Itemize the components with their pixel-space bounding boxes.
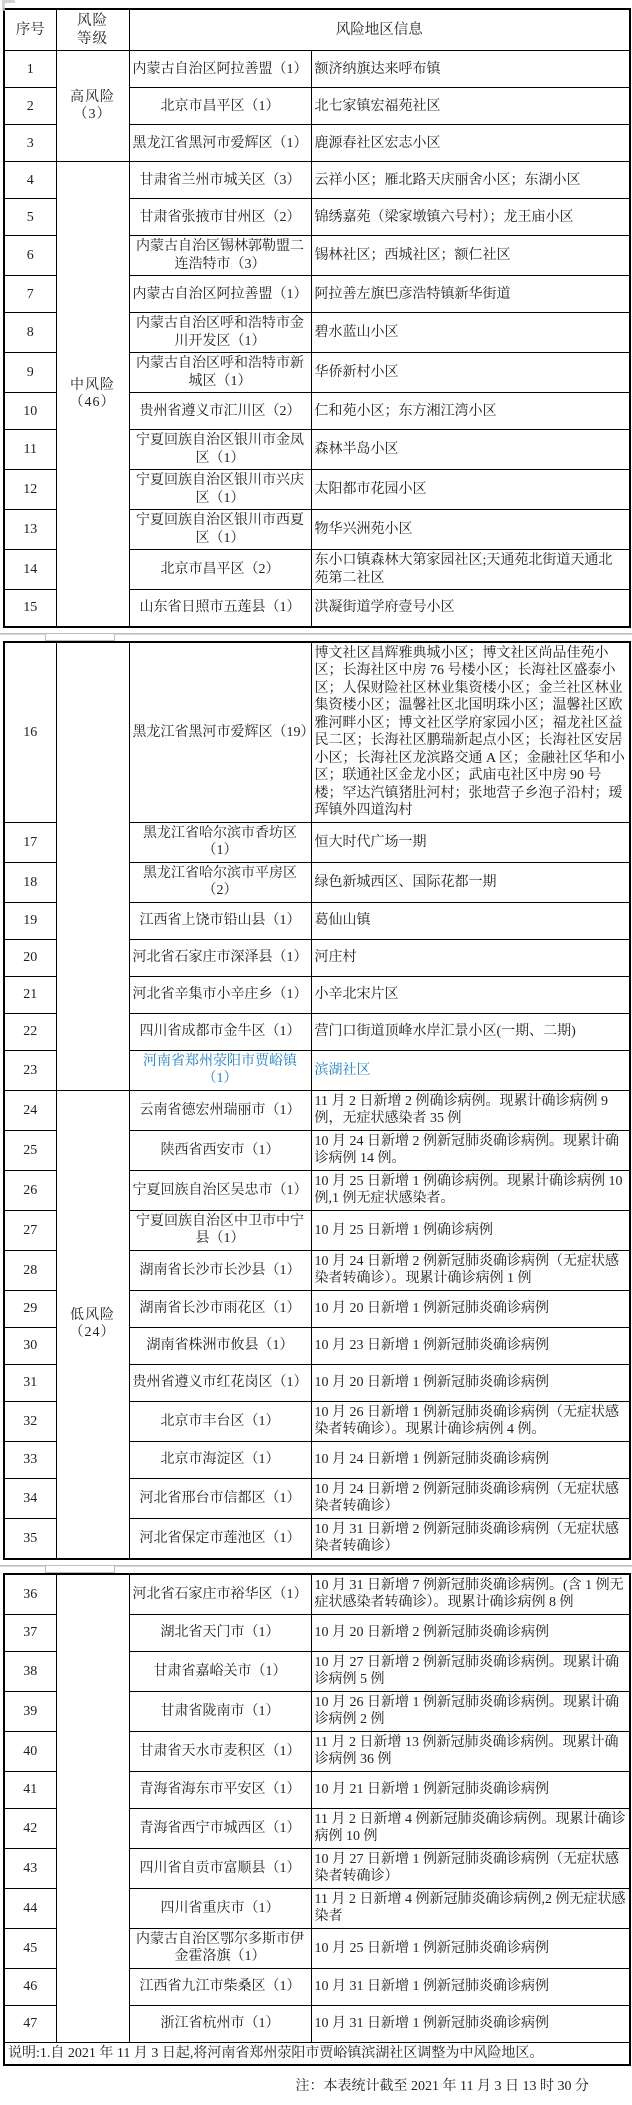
info-cell: 10 月 20 日新增 1 例新冠肺炎确诊病例 xyxy=(311,1364,630,1401)
info-cell: 10 月 21 日新增 1 例新冠肺炎确诊病例 xyxy=(311,1771,630,1808)
page-break-notch xyxy=(45,1566,115,1573)
region-cell: 河北省保定市莲池区（1） xyxy=(129,1518,311,1559)
info-cell: 10 月 24 日新增 1 例新冠肺炎确诊病例 xyxy=(311,1441,630,1478)
row-number-cell: 25 xyxy=(4,1130,56,1170)
row-number-cell: 24 xyxy=(4,1090,56,1130)
info-cell: 华侨新村小区 xyxy=(311,353,630,393)
document-page: 序号 风险 等级 风险地区信息 1高风险 （3）内蒙古自治区阿拉善盟（1）额济纳… xyxy=(0,0,632,2105)
region-cell: 江西省上饶市铅山县（1） xyxy=(129,902,311,939)
region-cell: 北京市丰台区（1） xyxy=(129,1401,311,1441)
page-corner-mark xyxy=(2,0,15,11)
info-cell: 森林半岛小区 xyxy=(311,430,630,470)
region-cell: 贵州省遵义市汇川区（2） xyxy=(129,393,311,430)
region-cell: 青海省海东市平安区（1） xyxy=(129,1771,311,1808)
info-cell: 额济纳旗达来呼布镇 xyxy=(311,51,630,88)
region-cell: 北京市昌平区（2） xyxy=(129,550,311,590)
info-cell: 物华兴洲苑小区 xyxy=(311,510,630,550)
row-number-cell: 14 xyxy=(4,550,56,590)
region-cell: 宁夏回族自治区银川市西夏区（1） xyxy=(129,510,311,550)
info-cell: 10 月 27 日新增 1 例新冠肺炎确诊病例（无症状感染者转确诊） xyxy=(311,1848,630,1888)
table-row: 16黑龙江省黑河市爱辉区（19）博文社区昌辉雅典城小区；博文社区尚品佳苑小区；长… xyxy=(4,642,630,823)
row-number-cell: 3 xyxy=(4,125,56,162)
info-cell: 10 月 20 日新增 1 例新冠肺炎确诊病例 xyxy=(311,1290,630,1327)
explanation-text: 说明:1.自 2021 年 11 月 3 日起,将河南省郑州荥阳市贾峪镇滨湖社区… xyxy=(4,2042,630,2065)
info-cell: 10 月 27 日新增 2 例新冠肺炎确诊病例。现累计确诊病例 5 例 xyxy=(311,1651,630,1691)
row-number-cell: 10 xyxy=(4,393,56,430)
row-number-cell: 23 xyxy=(4,1050,56,1090)
region-cell: 浙江省杭州市（1） xyxy=(129,2005,311,2042)
row-number-cell: 17 xyxy=(4,822,56,862)
info-cell: 10 月 31 日新增 7 例新冠肺炎确诊病例。(含 1 例无症状感染者转确诊）… xyxy=(311,1574,630,1615)
region-cell: 河北省石家庄市深泽县（1） xyxy=(129,939,311,976)
info-cell: 10 月 25 日新增 1 例新冠肺炎确诊病例 xyxy=(311,1928,630,1968)
table-body-page-1: 1高风险 （3）内蒙古自治区阿拉善盟（1）额济纳旗达来呼布镇2北京市昌平区（1）… xyxy=(4,51,630,627)
row-number-cell: 31 xyxy=(4,1364,56,1401)
page-break-notch xyxy=(45,634,115,641)
info-cell: 10 月 26 日新增 1 例新冠肺炎确诊病例（无症状感染者转确诊）。现累计确诊… xyxy=(311,1401,630,1441)
risk-level-cell xyxy=(56,1574,129,2043)
info-cell: 10 月 23 日新增 1 例新冠肺炎确诊病例 xyxy=(311,1327,630,1364)
info-cell: 10 月 25 日新增 1 例确诊病例 xyxy=(311,1210,630,1250)
region-cell: 甘肃省嘉峪关市（1） xyxy=(129,1651,311,1691)
row-number-cell: 8 xyxy=(4,313,56,353)
region-cell: 河北省辛集市小辛庄乡（1） xyxy=(129,976,311,1013)
info-cell: 葛仙山镇 xyxy=(311,902,630,939)
row-number-cell: 36 xyxy=(4,1574,56,1615)
header-risk-level: 风险 等级 xyxy=(56,9,129,51)
table-row: 1高风险 （3）内蒙古自治区阿拉善盟（1）额济纳旗达来呼布镇 xyxy=(4,51,630,88)
region-cell: 宁夏回族自治区吴忠市（1） xyxy=(129,1170,311,1210)
region-cell: 陕西省西安市（1） xyxy=(129,1130,311,1170)
row-number-cell: 42 xyxy=(4,1808,56,1848)
info-cell: 北七家镇宏福苑社区 xyxy=(311,88,630,125)
region-cell: 黑龙江省哈尔滨市平房区（2） xyxy=(129,862,311,902)
region-cell: 云南省德宏州瑞丽市（1） xyxy=(129,1090,311,1130)
row-number-cell: 21 xyxy=(4,976,56,1013)
region-cell: 河北省邢台市信都区（1） xyxy=(129,1478,311,1518)
region-cell: 北京市昌平区（1） xyxy=(129,88,311,125)
region-cell: 河南省郑州荥阳市贾峪镇（1） xyxy=(129,1050,311,1090)
info-cell: 11 月 2 日新增 4 例新冠肺炎确诊病例,2 例无症状感染者 xyxy=(311,1888,630,1928)
info-cell: 10 月 24 日新增 2 例新冠肺炎确诊病例（无症状感染者转确诊） xyxy=(311,1478,630,1518)
table-body-page-2: 16黑龙江省黑河市爱辉区（19）博文社区昌辉雅典城小区；博文社区尚品佳苑小区；长… xyxy=(4,642,630,1559)
row-number-cell: 4 xyxy=(4,162,56,199)
row-number-cell: 12 xyxy=(4,470,56,510)
info-cell: 阿拉善左旗巴彦浩特镇新华街道 xyxy=(311,276,630,313)
info-cell: 锦绣嘉苑（梁家墩镇六号村）；龙王庙小区 xyxy=(311,199,630,236)
info-cell: 10 月 31 日新增 1 例新冠肺炎确诊病例 xyxy=(311,2005,630,2042)
region-cell: 四川省自贡市富顺县（1） xyxy=(129,1848,311,1888)
row-number-cell: 30 xyxy=(4,1327,56,1364)
row-number-cell: 35 xyxy=(4,1518,56,1559)
row-number-cell: 16 xyxy=(4,642,56,823)
region-cell: 甘肃省兰州市城关区（3） xyxy=(129,162,311,199)
risk-level-cell: 中风险 （46） xyxy=(56,162,129,627)
region-cell: 山东省日照市五莲县（1） xyxy=(129,590,311,627)
region-cell: 河北省石家庄市裕华区（1） xyxy=(129,1574,311,1615)
region-cell: 四川省成都市金牛区（1） xyxy=(129,1013,311,1050)
row-number-cell: 29 xyxy=(4,1290,56,1327)
region-cell: 内蒙古自治区呼和浩特市金川开发区（1） xyxy=(129,313,311,353)
page-break-divider xyxy=(0,1560,632,1573)
row-number-cell: 40 xyxy=(4,1731,56,1771)
row-number-cell: 39 xyxy=(4,1691,56,1731)
region-cell: 湖南省长沙市长沙县（1） xyxy=(129,1250,311,1290)
row-number-cell: 19 xyxy=(4,902,56,939)
row-number-cell: 33 xyxy=(4,1441,56,1478)
row-number-cell: 26 xyxy=(4,1170,56,1210)
region-cell: 宁夏回族自治区银川市金凤区（1） xyxy=(129,430,311,470)
row-number-cell: 38 xyxy=(4,1651,56,1691)
row-number-cell: 43 xyxy=(4,1848,56,1888)
risk-area-table-page-2: 16黑龙江省黑河市爱辉区（19）博文社区昌辉雅典城小区；博文社区尚品佳苑小区；长… xyxy=(3,641,631,1560)
info-cell: 河庄村 xyxy=(311,939,630,976)
row-number-cell: 32 xyxy=(4,1401,56,1441)
risk-level-cell: 低风险 （24） xyxy=(56,1090,129,1559)
table-header-row: 序号 风险 等级 风险地区信息 xyxy=(4,9,630,51)
table-row: 36河北省石家庄市裕华区（1）10 月 31 日新增 7 例新冠肺炎确诊病例。(… xyxy=(4,1574,630,1615)
row-number-cell: 20 xyxy=(4,939,56,976)
row-number-cell: 45 xyxy=(4,1928,56,1968)
table-row: 4中风险 （46）甘肃省兰州市城关区（3）云祥小区；雁北路天庆丽舍小区；东湖小区 xyxy=(4,162,630,199)
info-cell: 10 月 26 日新增 1 例新冠肺炎确诊病例。现累计确诊病例 2 例 xyxy=(311,1691,630,1731)
row-number-cell: 41 xyxy=(4,1771,56,1808)
row-number-cell: 6 xyxy=(4,236,56,276)
info-cell: 仁和苑小区；东方湘江湾小区 xyxy=(311,393,630,430)
risk-level-cell xyxy=(56,642,129,1091)
info-cell: 太阳都市花园小区 xyxy=(311,470,630,510)
risk-area-table-page-1: 序号 风险 等级 风险地区信息 1高风险 （3）内蒙古自治区阿拉善盟（1）额济纳… xyxy=(3,8,631,628)
info-cell: 10 月 24 日新增 2 例新冠肺炎确诊病例（无症状感染者转确诊）。现累计确诊… xyxy=(311,1250,630,1290)
row-number-cell: 5 xyxy=(4,199,56,236)
row-number-cell: 11 xyxy=(4,430,56,470)
row-number-cell: 18 xyxy=(4,862,56,902)
info-cell: 云祥小区；雁北路天庆丽舍小区；东湖小区 xyxy=(311,162,630,199)
row-number-cell: 15 xyxy=(4,590,56,627)
info-cell: 10 月 31 日新增 1 例新冠肺炎确诊病例 xyxy=(311,1968,630,2005)
row-number-cell: 46 xyxy=(4,1968,56,2005)
row-number-cell: 2 xyxy=(4,88,56,125)
row-number-cell: 44 xyxy=(4,1888,56,1928)
region-cell: 湖南省长沙市雨花区（1） xyxy=(129,1290,311,1327)
region-cell: 宁夏回族自治区银川市兴庆区（1） xyxy=(129,470,311,510)
region-cell: 甘肃省天水市麦积区（1） xyxy=(129,1731,311,1771)
region-cell: 湖北省天门市（1） xyxy=(129,1614,311,1651)
region-cell: 湖南省株洲市攸县（1） xyxy=(129,1327,311,1364)
row-number-cell: 13 xyxy=(4,510,56,550)
table-row: 24低风险 （24）云南省德宏州瑞丽市（1）11 月 2 日新增 2 例确诊病例… xyxy=(4,1090,630,1130)
header-serial-number: 序号 xyxy=(4,9,56,51)
region-cell: 北京市海淀区（1） xyxy=(129,1441,311,1478)
region-cell: 内蒙古自治区阿拉善盟（1） xyxy=(129,276,311,313)
info-cell: 洪凝街道学府壹号小区 xyxy=(311,590,630,627)
info-cell: 营门口街道顶峰水岸汇景小区(一期、二期) xyxy=(311,1013,630,1050)
info-cell: 碧水蓝山小区 xyxy=(311,313,630,353)
info-cell: 锡林社区；西城社区；额仁社区 xyxy=(311,236,630,276)
row-number-cell: 34 xyxy=(4,1478,56,1518)
info-cell: 11 月 2 日新增 2 例确诊病例。现累计确诊病例 9 例，无症状感染者 35… xyxy=(311,1090,630,1130)
info-cell: 10 月 20 日新增 2 例新冠肺炎确诊病例 xyxy=(311,1614,630,1651)
region-cell: 甘肃省张掖市甘州区（2） xyxy=(129,199,311,236)
header-risk-area-info: 风险地区信息 xyxy=(129,9,630,51)
region-cell: 甘肃省陇南市（1） xyxy=(129,1691,311,1731)
statistics-cutoff-note: 注：本表统计截至 2021 年 11 月 3 日 13 时 30 分 xyxy=(3,2066,629,2105)
info-cell: 小辛北宋片区 xyxy=(311,976,630,1013)
page-break-divider xyxy=(0,628,632,641)
region-cell: 宁夏回族自治区中卫市中宁县（1） xyxy=(129,1210,311,1250)
region-cell: 黑龙江省哈尔滨市香坊区（1） xyxy=(129,822,311,862)
row-number-cell: 27 xyxy=(4,1210,56,1250)
row-number-cell: 9 xyxy=(4,353,56,393)
info-cell: 10 月 25 日新增 1 例确诊病例。现累计确诊病例 10 例,1 例无症状感… xyxy=(311,1170,630,1210)
info-cell: 11 月 2 日新增 4 例新冠肺炎确诊病例。现累计确诊病例 10 例 xyxy=(311,1808,630,1848)
region-cell: 黑龙江省黑河市爱辉区（19） xyxy=(129,642,311,823)
info-cell: 10 月 24 日新增 2 例新冠肺炎确诊病例。现累计确诊病例 14 例。 xyxy=(311,1130,630,1170)
region-cell: 贵州省遵义市红花岗区（1） xyxy=(129,1364,311,1401)
info-cell: 10 月 31 日新增 2 例新冠肺炎确诊病例（无症状感染者转确诊） xyxy=(311,1518,630,1559)
region-cell: 内蒙古自治区锡林郭勒盟二连浩特市（3） xyxy=(129,236,311,276)
row-number-cell: 28 xyxy=(4,1250,56,1290)
risk-level-cell: 高风险 （3） xyxy=(56,51,129,162)
risk-area-table-page-3: 36河北省石家庄市裕华区（1）10 月 31 日新增 7 例新冠肺炎确诊病例。(… xyxy=(3,1573,631,2067)
row-number-cell: 47 xyxy=(4,2005,56,2042)
info-cell: 博文社区昌辉雅典城小区；博文社区尚品佳苑小区；长海社区中房 76 号楼小区；长海… xyxy=(311,642,630,823)
region-cell: 四川省重庆市（1） xyxy=(129,1888,311,1928)
info-cell: 鹿源春社区宏志小区 xyxy=(311,125,630,162)
region-cell: 内蒙古自治区呼和浩特市新城区（1） xyxy=(129,353,311,393)
region-cell: 黑龙江省黑河市爱辉区（1） xyxy=(129,125,311,162)
info-cell: 绿色新城西区、国际花都一期 xyxy=(311,862,630,902)
row-number-cell: 22 xyxy=(4,1013,56,1050)
region-cell: 内蒙古自治区阿拉善盟（1） xyxy=(129,51,311,88)
table-body-page-3: 36河北省石家庄市裕华区（1）10 月 31 日新增 7 例新冠肺炎确诊病例。(… xyxy=(4,1574,630,2066)
info-cell: 东小口镇森林大第家园社区;天通苑北街道天通北苑第二社区 xyxy=(311,550,630,590)
region-cell: 青海省西宁市城西区（1） xyxy=(129,1808,311,1848)
info-cell: 11 月 2 日新增 13 例新冠肺炎确诊病例。现累计确诊病例 36 例 xyxy=(311,1731,630,1771)
region-cell: 江西省九江市柴桑区（1） xyxy=(129,1968,311,2005)
row-number-cell: 1 xyxy=(4,51,56,88)
row-number-cell: 37 xyxy=(4,1614,56,1651)
row-number-cell: 7 xyxy=(4,276,56,313)
info-cell: 滨湖社区 xyxy=(311,1050,630,1090)
region-cell: 内蒙古自治区鄂尔多斯市伊金霍洛旗（1） xyxy=(129,1928,311,1968)
explanation-row: 说明:1.自 2021 年 11 月 3 日起,将河南省郑州荥阳市贾峪镇滨湖社区… xyxy=(4,2042,630,2065)
info-cell: 恒大时代广场一期 xyxy=(311,822,630,862)
